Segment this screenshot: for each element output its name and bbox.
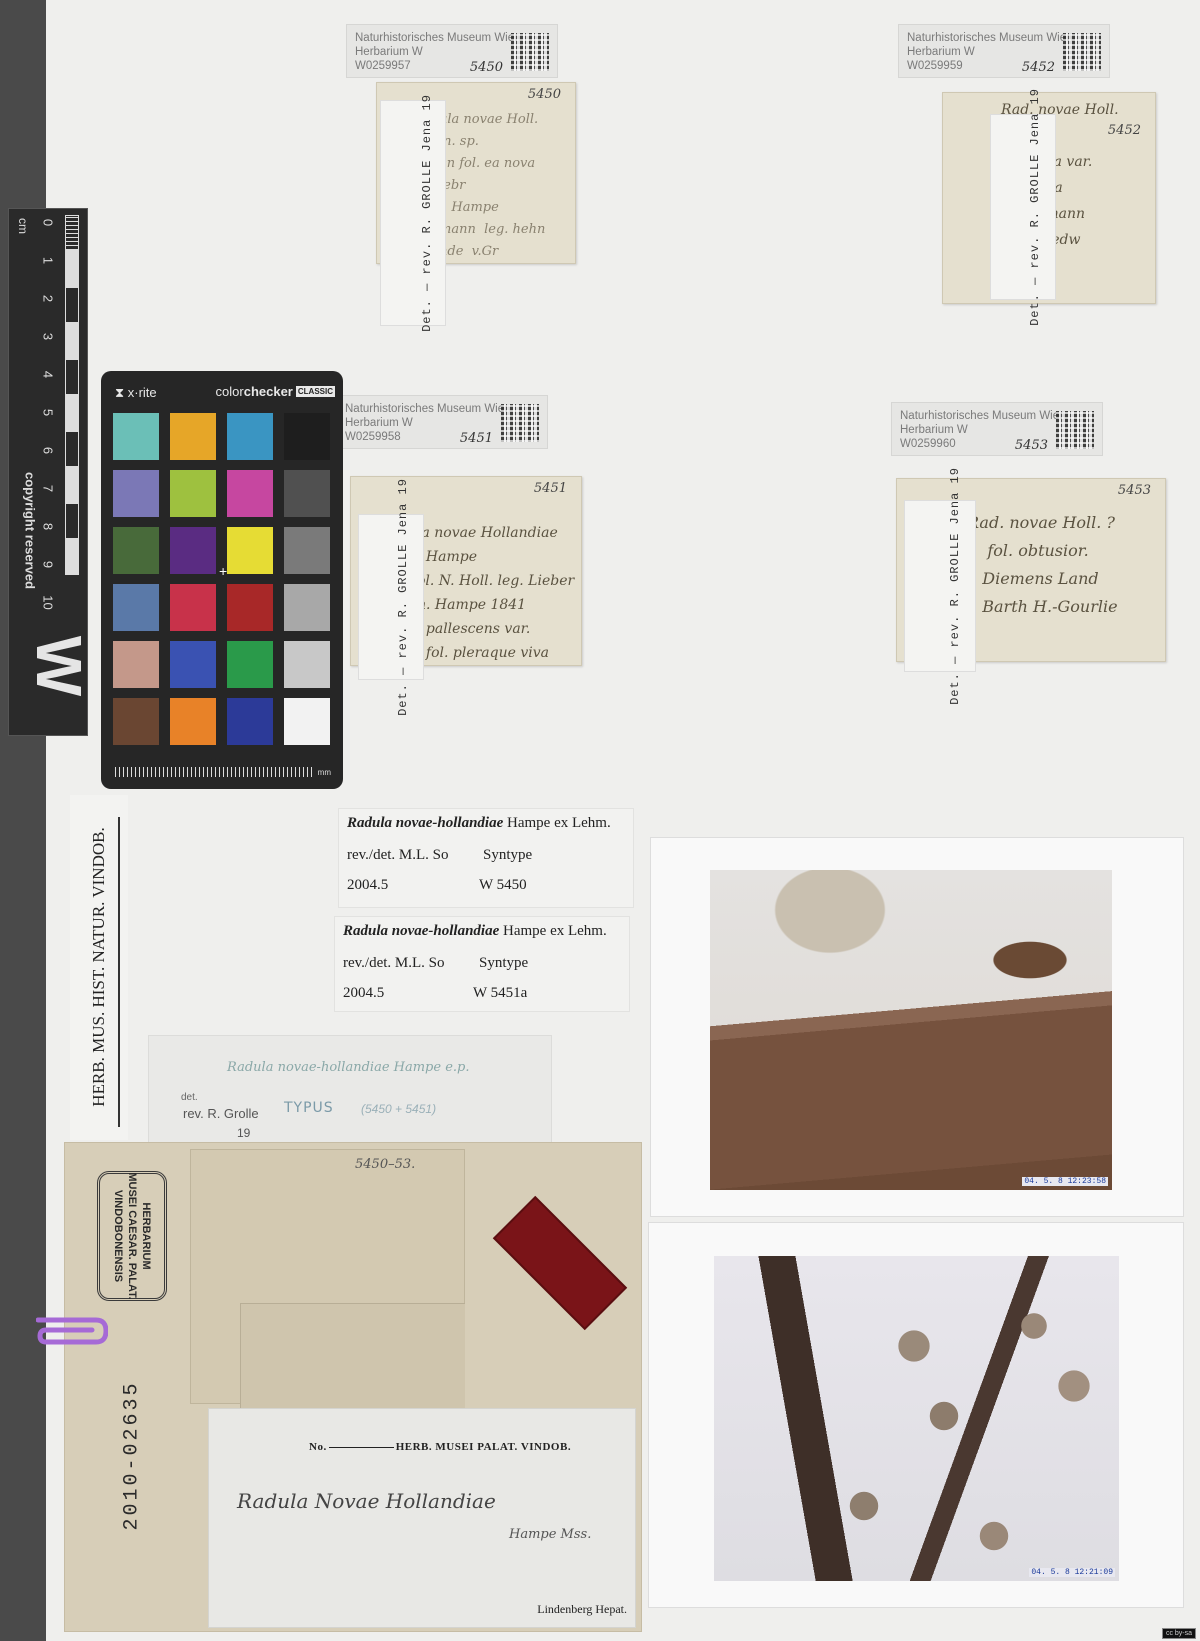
herbarium-strip-text: HERB. MUS. HIST. NATUR. VINDOB. [89, 827, 109, 1106]
det-date: 2004.5 [347, 877, 388, 894]
colorchecker-title: colorcheckerCLASSIC [216, 384, 335, 399]
color-patch [113, 698, 159, 745]
herbarium-stamp: HERBARIUM MUSEI CAESAR. PALAT. VINDOBONE… [97, 1171, 167, 1301]
divider-line [118, 817, 120, 1127]
handwritten-number: 5453 [1015, 439, 1048, 453]
revision-strip-text: Det. — rev. R. GROLLE Jena 19 [396, 478, 410, 716]
accession-code: 2010-02635 [121, 1356, 144, 1556]
typus-numbers: (5450 + 5451) [361, 1102, 436, 1116]
handwritten-number: 5451 [460, 432, 493, 446]
ruler-number: 1 [41, 252, 56, 270]
color-patch-grid [113, 413, 330, 745]
grolle-revision-strip: Det. — rev. R. GROLLE Jena 19 [358, 514, 424, 680]
label-number: 5451 [534, 481, 567, 496]
color-patch [170, 470, 216, 517]
color-patch [113, 641, 159, 688]
taxon-author: Hampe ex Lehm. [503, 923, 607, 939]
reviser-name: rev. R. Grolle [183, 1106, 259, 1121]
taxon-line: Radula novae-hollandiae Hampe ex Lehm. [343, 923, 607, 940]
ruler-unit: cm [16, 218, 30, 234]
revdet: rev./det. M.L. So [347, 847, 449, 864]
mm-unit: mm [318, 768, 331, 777]
brand-text: x·rite [128, 385, 157, 400]
cm-scale-ruler: cm 0 1 2 3 4 5 6 7 8 9 10 copyright rese… [8, 208, 88, 736]
qr-code-icon [1063, 33, 1101, 71]
ruler-number: 0 [41, 214, 56, 232]
typus-text: TYPUS [284, 1100, 334, 1116]
revision-strip-text: Det. — rev. R. GROLLE Jena 19 [948, 467, 962, 705]
classic-badge: CLASSIC [296, 386, 335, 397]
micrograph-1: 04. 5. 8 12:23:58 [710, 870, 1112, 1190]
color-patch [227, 641, 273, 688]
paper-clip-icon [36, 1312, 108, 1350]
ruler-number: 10 [41, 594, 56, 612]
license-badge: cc by-sa [1162, 1628, 1196, 1639]
label-script: Rad. novae Holl. ? fol. obtusior. Diemen… [967, 509, 1118, 621]
color-patch [227, 584, 273, 631]
grolle-revision-strip: Det. — rev. R. GROLLE Jena 19 [380, 100, 446, 326]
mm-scale [115, 767, 315, 777]
color-patch [113, 584, 159, 631]
type-status: Syntype [479, 955, 528, 972]
header-text: HERB. MUSEI PALAT. VINDOB. [396, 1441, 571, 1453]
ruler-number: 9 [41, 556, 56, 574]
grolle-revision-strip: Det. — rev. R. GROLLE Jena 19 [990, 114, 1056, 300]
copyright-text: copyright reserved [23, 446, 38, 616]
ruler-number: 3 [41, 328, 56, 346]
color-patch [170, 527, 216, 574]
label-number: 5453 [1118, 483, 1151, 498]
label-script-author: Hampe Mss. [509, 1527, 591, 1542]
color-patch [227, 470, 273, 517]
label-script: la novae Hollandiae Hampe ol. N. Holl. l… [417, 521, 574, 665]
ruler-number: 6 [41, 442, 56, 460]
ruler-ticks [65, 215, 81, 575]
copyright-text-wrap: copyright reserved [19, 449, 39, 619]
stamp-text: HERBARIUM MUSEI CAESAR. PALAT. VINDOBONE… [111, 1172, 153, 1299]
stamp-line: VINDOBONENSIS [111, 1172, 125, 1299]
color-patch [227, 698, 273, 745]
color-patch [284, 698, 330, 745]
xrite-icon: ⧗ [115, 385, 124, 400]
color-patch [170, 584, 216, 631]
taxon-author: Hampe ex Lehm. [507, 815, 611, 831]
color-patch [284, 641, 330, 688]
taxon-line: Radula novae-hollandiae Hampe ex Lehm. [347, 815, 611, 832]
micrograph-2: 04. 5. 8 12:21:09 [714, 1256, 1119, 1581]
no-text: No. [309, 1441, 327, 1453]
label-number: 5450 [528, 87, 561, 102]
type-status: Syntype [483, 847, 532, 864]
title-bold: checker [244, 384, 293, 399]
color-patch [284, 527, 330, 574]
label-script-name: Radula Novae Hollandiae [237, 1489, 496, 1513]
handwritten-number: 5452 [1022, 61, 1055, 75]
crosshair-icon: + [219, 563, 227, 579]
label-header: No.HERB. MUSEI PALAT. VINDOB. [309, 1441, 571, 1453]
ruler-number: 7 [41, 480, 56, 498]
barcode-label-w0259960: Naturhistorisches Museum Wien Herbarium … [891, 402, 1103, 456]
photo-timestamp: 04. 5. 8 12:23:58 [1022, 1177, 1108, 1186]
red-type-label [493, 1196, 627, 1330]
color-patch [284, 413, 330, 460]
revision-strip-text: Det. — rev. R. GROLLE Jena 19 [420, 94, 434, 332]
handwritten-number: 5450 [470, 61, 503, 75]
handwritten-name: Radula novae-hollandiae Hampe e.p. [227, 1060, 470, 1075]
herbarium-strip-label: HERB. MUS. HIST. NATUR. VINDOB. [70, 795, 128, 1140]
barcode-label-w0259958: Naturhistorisches Museum Wien Herbarium … [336, 395, 548, 449]
color-patch [284, 584, 330, 631]
ruler-number: 4 [41, 366, 56, 384]
color-patch [170, 413, 216, 460]
qr-code-icon [1056, 411, 1094, 449]
taxon-name: Radula novae-hollandiae [343, 923, 499, 939]
accession-code-wrap: 2010-02635 [117, 1359, 147, 1559]
revision-strip-text: Det. — rev. R. GROLLE Jena 19 [1028, 88, 1042, 326]
specimen-number: W 5451a [473, 985, 527, 1002]
revdet: rev./det. M.L. So [343, 955, 445, 972]
ruler-number: 5 [41, 404, 56, 422]
w-logo: W [22, 636, 96, 696]
color-checker-card: ⧗ x·rite colorcheckerCLASSIC + mm [101, 371, 343, 789]
color-patch [170, 641, 216, 688]
color-patch [227, 527, 273, 574]
determination-label-5450: Radula novae-hollandiae Hampe ex Lehm. r… [338, 808, 634, 908]
envelope-number: 5450–53. [355, 1157, 415, 1172]
grolle-revision-strip: Det. — rev. R. GROLLE Jena 19 [904, 500, 976, 672]
det-date: 2004.5 [343, 985, 384, 1002]
color-patch [284, 470, 330, 517]
stamp-line: MUSEI CAESAR. PALAT. [125, 1172, 139, 1299]
barcode-label-w0259957: Naturhistorisches Museum Wien Herbarium … [346, 24, 558, 78]
taxon-name: Radula novae-hollandiae [347, 815, 503, 831]
title-light: color [216, 384, 244, 399]
label-footer: Lindenberg Hepat. [537, 1602, 627, 1617]
stamp-line: HERBARIUM [139, 1172, 153, 1299]
color-patch [227, 413, 273, 460]
label-script: ula novae Holl. n. sp. en fol. ea nova l… [439, 109, 545, 263]
ruler-number: 8 [41, 518, 56, 536]
color-patch [113, 470, 159, 517]
ruler-number: 2 [41, 290, 56, 308]
grolle-typus-label: Radula novae-hollandiae Hampe e.p. det. … [148, 1035, 552, 1143]
year-text: 19 [237, 1126, 250, 1140]
photo-timestamp: 04. 5. 8 12:21:09 [1029, 1568, 1115, 1577]
color-patch [113, 413, 159, 460]
original-palat-label: No.HERB. MUSEI PALAT. VINDOB. Radula Nov… [208, 1408, 636, 1628]
color-patch [113, 527, 159, 574]
xrite-logo: ⧗ x·rite [115, 385, 157, 401]
determination-label-5451a: Radula novae-hollandiae Hampe ex Lehm. r… [334, 916, 630, 1012]
qr-code-icon [511, 33, 549, 71]
specimen-number: W 5450 [479, 877, 527, 894]
color-patch [170, 698, 216, 745]
barcode-label-w0259959: Naturhistorisches Museum Wien Herbarium … [898, 24, 1110, 78]
qr-code-icon [501, 404, 539, 442]
det-text: det. [181, 1092, 198, 1103]
